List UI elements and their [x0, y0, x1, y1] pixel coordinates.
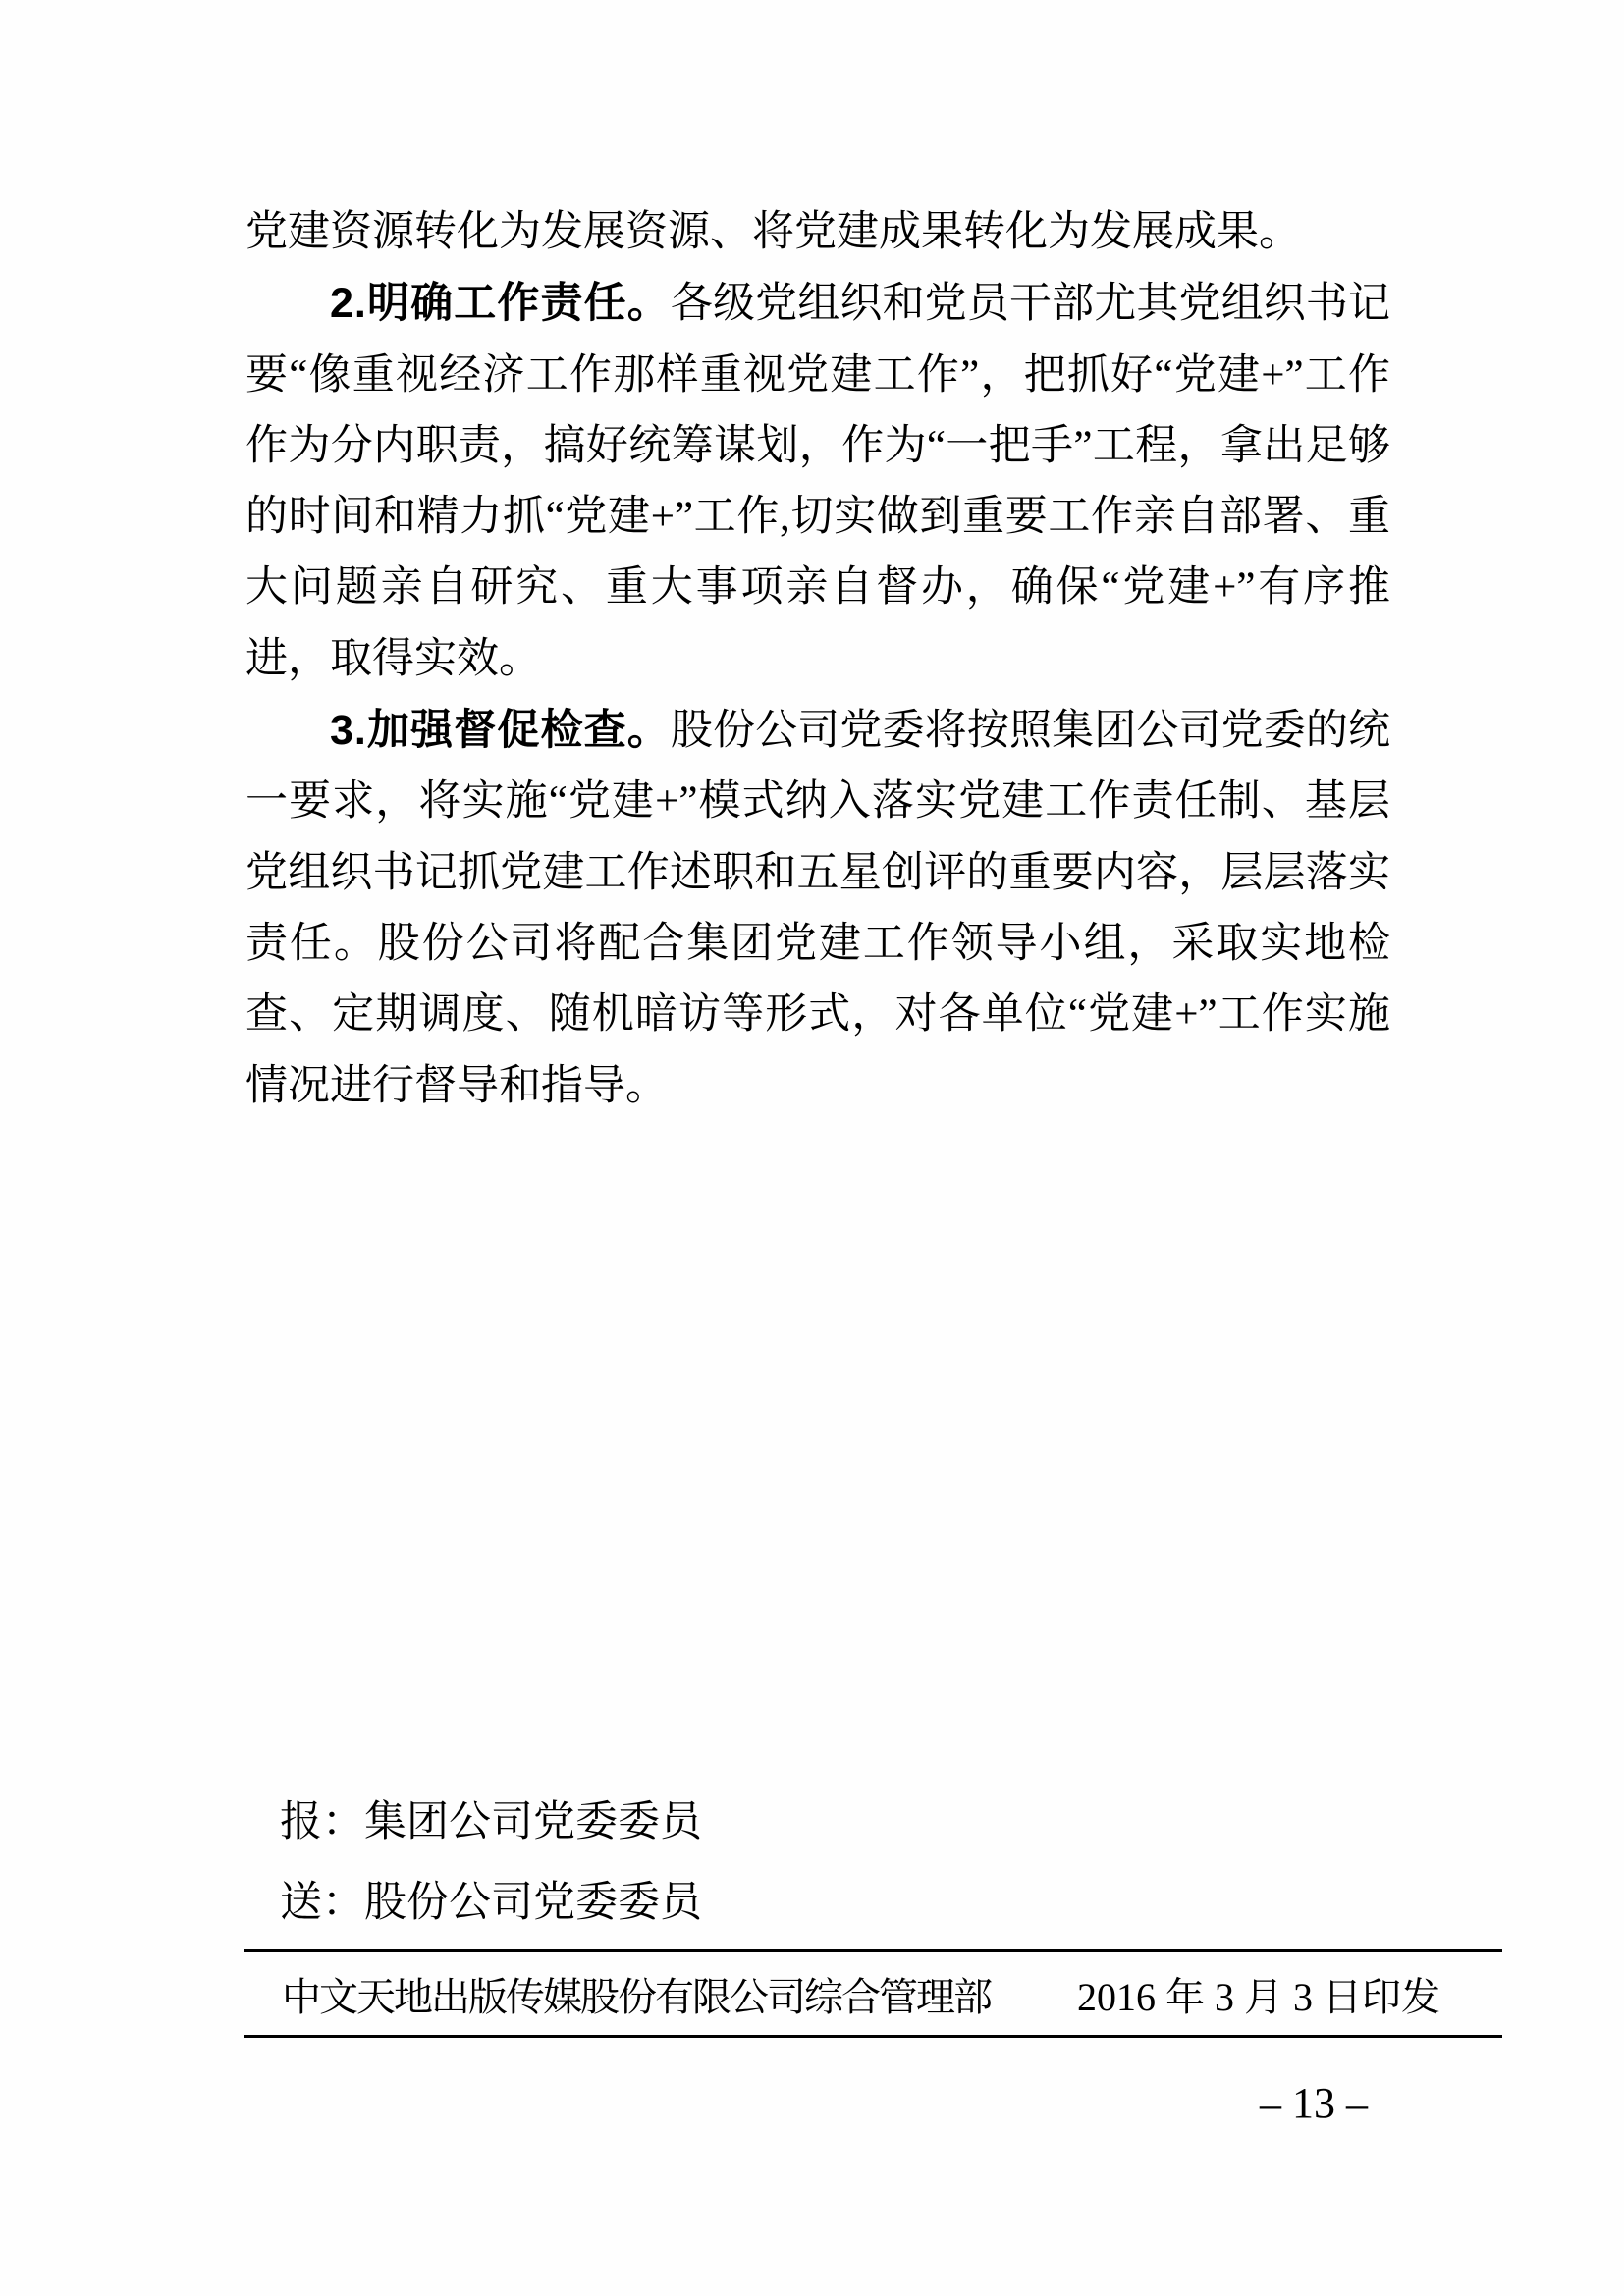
colophon-print-date: 2016 年 3 月 3 日印发: [1077, 1966, 1440, 2022]
paragraph-text: 党建资源转化为发展资源、将党建成果转化为发展成果。: [245, 209, 1301, 255]
paragraph-2-text: 各级党组织和党员干部尤其党组织书记要“像重视经济工作那样重视党建工作”，把抓好“…: [245, 281, 1390, 681]
paragraph-continuation: 党建资源转化为发展资源、将党建成果转化为发展成果。: [245, 196, 1390, 268]
colophon-bar: 中文天地出版传媒股份有限公司综合管理部 2016 年 3 月 3 日印发: [244, 1949, 1502, 2038]
document-page: 党建资源转化为发展资源、将党建成果转化为发展成果。 2.明确工作责任。各级党组织…: [0, 0, 1624, 2296]
paragraph-2: 2.明确工作责任。各级党组织和党员干部尤其党组织书记要“像重视经济工作那样重视党…: [245, 268, 1390, 695]
document-body: 党建资源转化为发展资源、将党建成果转化为发展成果。 2.明确工作责任。各级党组织…: [245, 196, 1390, 1122]
page-number: – 13 –: [1260, 2079, 1368, 2128]
paragraph-3-text: 股份公司党委将按照集团公司党委的统一要求，将实施“党建+”模式纳入落实党建工作责…: [245, 708, 1390, 1108]
paragraph-3: 3.加强督促检查。股份公司党委将按照集团公司党委的统一要求，将实施“党建+”模式…: [245, 695, 1390, 1122]
send-to-line: 送：股份公司党委委员: [280, 1879, 702, 1928]
report-to-line: 报：集团公司党委委员: [280, 1798, 702, 1847]
paragraph-3-lead: 3.加强督促检查。: [330, 707, 671, 754]
paragraph-2-lead: 2.明确工作责任。: [330, 280, 671, 327]
colophon-issuer: 中文天地出版传媒股份有限公司综合管理部: [282, 1966, 991, 2022]
